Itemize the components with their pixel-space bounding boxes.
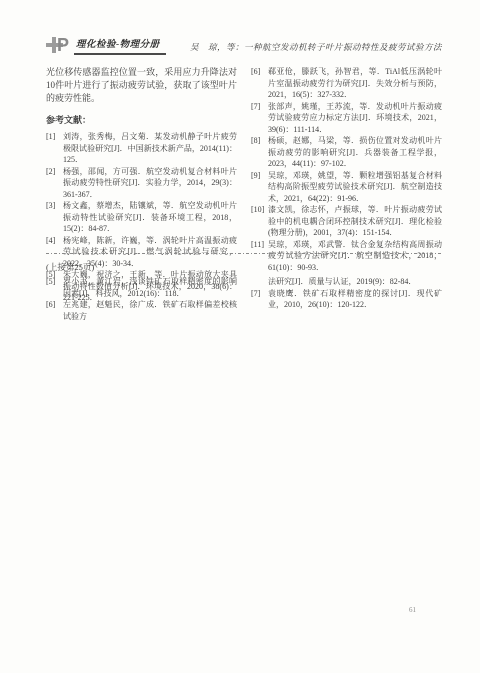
journal-name: 理化检验-物理分册 bbox=[74, 40, 166, 55]
intro-paragraph: 光位移传感器监控位置一致，采用应力升降法对10件叶片进行了振动疲劳试验，获取了该… bbox=[46, 66, 237, 105]
reference-number: [6] bbox=[251, 66, 268, 78]
reference-item: [9] 吴琼，邓瑛，姚望，等．颗粒增强铝基复合材料结构高阶振型疲劳试验技术研究[… bbox=[251, 170, 442, 205]
cross-p-logo-icon: P bbox=[46, 35, 72, 55]
reference-text: 左兆建，赵魁民，徐广成．铁矿石取样偏差校核试验方 bbox=[63, 299, 237, 322]
running-title: 吴 琼，等：一种航空发动机转子叶片振动特性及疲劳试验方法 bbox=[190, 42, 442, 55]
continuation-left-list: [5] 罗小书，黄江岩．浅谈铁矿石取样精密度的影响因素[J]．科技风，2012(… bbox=[46, 276, 237, 322]
reference-item: [8] 杨硕，赵娜，马梁，等．损伤位置对发动机叶片振动疲劳的影响研究[J]．兵器… bbox=[251, 135, 442, 170]
reference-text: 刘涛，张秀梅，吕文菊．某发动机静子叶片疲劳极限试验研究[J]．中国新技术新产品，… bbox=[63, 131, 237, 166]
reference-number: [2] bbox=[46, 166, 63, 178]
svg-text:P: P bbox=[57, 35, 69, 55]
continuation-label: (上接第25页) bbox=[46, 261, 442, 273]
reference-number: [7] bbox=[251, 101, 268, 113]
reference-item: [2] 杨强，邵闻，方可强．航空发动机复合材料叶片振动疲劳特性研究[J]．实验力… bbox=[46, 166, 237, 201]
reference-text: 杨文鑫，蔡增杰，陆镶斌，等．航空发动机叶片振动特性试验研究[J]．装备环境工程，… bbox=[63, 200, 237, 235]
reference-text: 吴琼，邓瑛，姚望，等．颗粒增强铝基复合材料结构高阶振型疲劳试验技术研究[J]．航… bbox=[268, 170, 442, 205]
reference-number: [10] bbox=[251, 204, 268, 216]
reference-text: 郗亚伧，滕跃飞，孙智君，等．TiAl低压涡轮叶片室温振动疲劳行为研究[J]．失效… bbox=[268, 66, 442, 101]
reference-text: 杨硕，赵娜，马梁，等．损伤位置对发动机叶片振动疲劳的影响研究[J]．兵器装备工程… bbox=[268, 135, 442, 170]
reference-text: 罗小书，黄江岩．浅谈铁矿石取样精密度的影响因素[J]．科技风，2012(16)：… bbox=[63, 276, 237, 299]
continuation-left-column: [5] 罗小书，黄江岩．浅谈铁矿石取样精密度的影响因素[J]．科技风，2012(… bbox=[46, 276, 237, 322]
reference-item: 法研究[J]．质量与认证，2019(9)：82-84． bbox=[251, 276, 442, 288]
reference-number: [3] bbox=[46, 200, 63, 212]
reference-text: 张部声，姚瑾，王苏流，等．发动机叶片振动疲劳试验疲劳应力标定方法[J]．环境技术… bbox=[268, 101, 442, 136]
reference-number: [7] bbox=[251, 288, 268, 300]
reference-number: [11] bbox=[251, 239, 268, 251]
reference-number: [6] bbox=[46, 299, 63, 311]
reference-item: [10] 漆文凯，徐志怀，卢振球，等．叶片振动疲劳试验中的机电耦合闭环控制技术研… bbox=[251, 204, 442, 239]
reference-text: 法研究[J]．质量与认证，2019(9)：82-84． bbox=[268, 276, 442, 288]
reference-number: [1] bbox=[46, 131, 63, 143]
reference-item: [6] 郗亚伧，滕跃飞，孙智君，等．TiAl低压涡轮叶片室温振动疲劳行为研究[J… bbox=[251, 66, 442, 101]
reference-number: [5] bbox=[46, 276, 63, 288]
continuation-section: (上接第25页) [5] 罗小书，黄江岩．浅谈铁矿石取样精密度的影响因素[J]．… bbox=[46, 261, 442, 322]
reference-text: 漆文凯，徐志怀，卢振球，等．叶片振动疲劳试验中的机电耦合闭环控制技术研究[J]．… bbox=[268, 204, 442, 239]
continuation-right-list: 法研究[J]．质量与认证，2019(9)：82-84． [7] 袁晓鹰．铁矿石取… bbox=[251, 276, 442, 311]
reference-item: [7] 袁晓鹰．铁矿石取样精密度的探讨[J]．现代矿业，2010，26(10)：… bbox=[251, 288, 442, 311]
page-header: P 理化检验-物理分册 吴 琼，等：一种航空发动机转子叶片振动特性及疲劳试验方法 bbox=[46, 33, 442, 55]
reference-item: [6] 左兆建，赵魁民，徐广成．铁矿石取样偏差校核试验方 bbox=[46, 299, 237, 322]
reference-number: [4] bbox=[46, 235, 63, 247]
reference-item: [1] 刘涛，张秀梅，吕文菊．某发动机静子叶片疲劳极限试验研究[J]．中国新技术… bbox=[46, 131, 237, 166]
reference-text: 袁晓鹰．铁矿石取样精密度的探讨[J]．现代矿业，2010，26(10)：120-… bbox=[268, 288, 442, 311]
continuation-columns: [5] 罗小书，黄江岩．浅谈铁矿石取样精密度的影响因素[J]．科技风，2012(… bbox=[46, 276, 442, 322]
reference-item: [3] 杨文鑫，蔡增杰，陆镶斌，等．航空发动机叶片振动特性试验研究[J]．装备环… bbox=[46, 200, 237, 235]
reference-item: [5] 罗小书，黄江岩．浅谈铁矿石取样精密度的影响因素[J]．科技风，2012(… bbox=[46, 276, 237, 299]
reference-text: 杨强，邵闻，方可强．航空发动机复合材料叶片振动疲劳特性研究[J]．实验力学，20… bbox=[63, 166, 237, 201]
references-right-list: [6] 郗亚伧，滕跃飞，孙智君，等．TiAl低压涡轮叶片室温振动疲劳行为研究[J… bbox=[251, 66, 442, 273]
journal-page: P 理化检验-物理分册 吴 琼，等：一种航空发动机转子叶片振动特性及疲劳试验方法… bbox=[0, 0, 480, 673]
continuation-right-column: 法研究[J]．质量与认证，2019(9)：82-84． [7] 袁晓鹰．铁矿石取… bbox=[251, 276, 442, 322]
reference-number: [8] bbox=[251, 135, 268, 147]
journal-logo: P 理化检验-物理分册 bbox=[46, 35, 166, 55]
reference-number: [9] bbox=[251, 170, 268, 182]
section-divider bbox=[46, 253, 442, 254]
reference-item: [7] 张部声，姚瑾，王苏流，等．发动机叶片振动疲劳试验疲劳应力标定方法[J]．… bbox=[251, 101, 442, 136]
references-heading: 参考文献： bbox=[46, 114, 237, 126]
page-number: 61 bbox=[409, 606, 416, 614]
